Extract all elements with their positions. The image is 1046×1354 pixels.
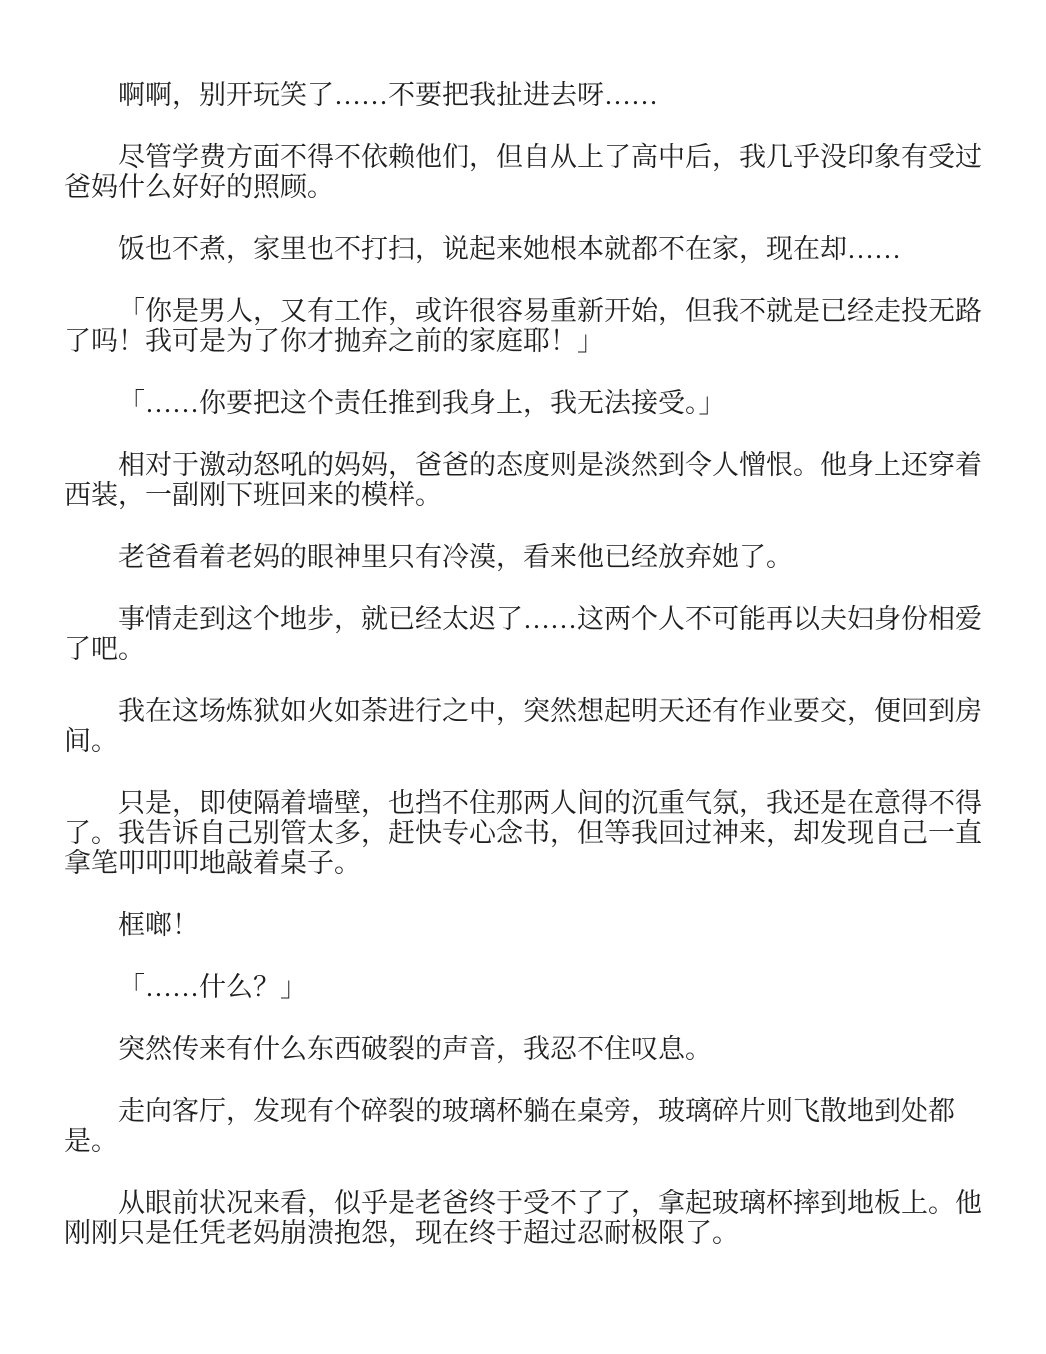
paragraph-dialogue-protagonist: 「……什么？」 xyxy=(64,972,984,1002)
paragraph-narration-6: 事情走到这个地步，就已经太迟了……这两个人不可能再以夫妇身份相爱了吧。 xyxy=(64,604,984,664)
paragraph-narration-11: 从眼前状况来看，似乎是老爸终于受不了了，拿起玻璃杯摔到地板上。他刚刚只是任凭老妈… xyxy=(64,1188,984,1248)
book-page: 啊啊，别开玩笑了……不要把我扯进去呀…… 尽管学费方面不得不依赖他们，但自从上了… xyxy=(0,0,1046,1354)
paragraph-narration-9: 突然传来有什么东西破裂的声音，我忍不住叹息。 xyxy=(64,1034,984,1064)
paragraph-narration-10: 走向客厅，发现有个碎裂的玻璃杯躺在桌旁，玻璃碎片则飞散地到处都是。 xyxy=(64,1096,984,1156)
paragraph-narration-5: 老爸看着老妈的眼神里只有冷漠，看来他已经放弃她了。 xyxy=(64,542,984,572)
paragraph-dialogue-mother: 「你是男人，又有工作，或许很容易重新开始，但我不就是已经走投无路了吗！我可是为了… xyxy=(64,296,984,356)
paragraph-narration-1: 啊啊，别开玩笑了……不要把我扯进去呀…… xyxy=(64,80,984,110)
paragraph-narration-4: 相对于激动怒吼的妈妈，爸爸的态度则是淡然到令人憎恨。他身上还穿着西装，一副刚下班… xyxy=(64,450,984,510)
paragraph-narration-3: 饭也不煮，家里也不打扫，说起来她根本就都不在家，现在却…… xyxy=(64,234,984,264)
paragraph-dialogue-father: 「……你要把这个责任推到我身上，我无法接受。」 xyxy=(64,388,984,418)
ebook-page-body: { "page": { "background_color": "#ffffff… xyxy=(0,0,1046,1354)
paragraph-narration-7: 我在这场炼狱如火如荼进行之中，突然想起明天还有作业要交，便回到房间。 xyxy=(64,696,984,756)
paragraph-sfx-crash: 框啷！ xyxy=(64,910,984,940)
paragraph-narration-8: 只是，即使隔着墙壁，也挡不住那两人间的沉重气氛，我还是在意得不得了。我告诉自己别… xyxy=(64,788,984,878)
paragraph-narration-2: 尽管学费方面不得不依赖他们，但自从上了高中后，我几乎没印象有受过爸妈什么好好的照… xyxy=(64,142,984,202)
